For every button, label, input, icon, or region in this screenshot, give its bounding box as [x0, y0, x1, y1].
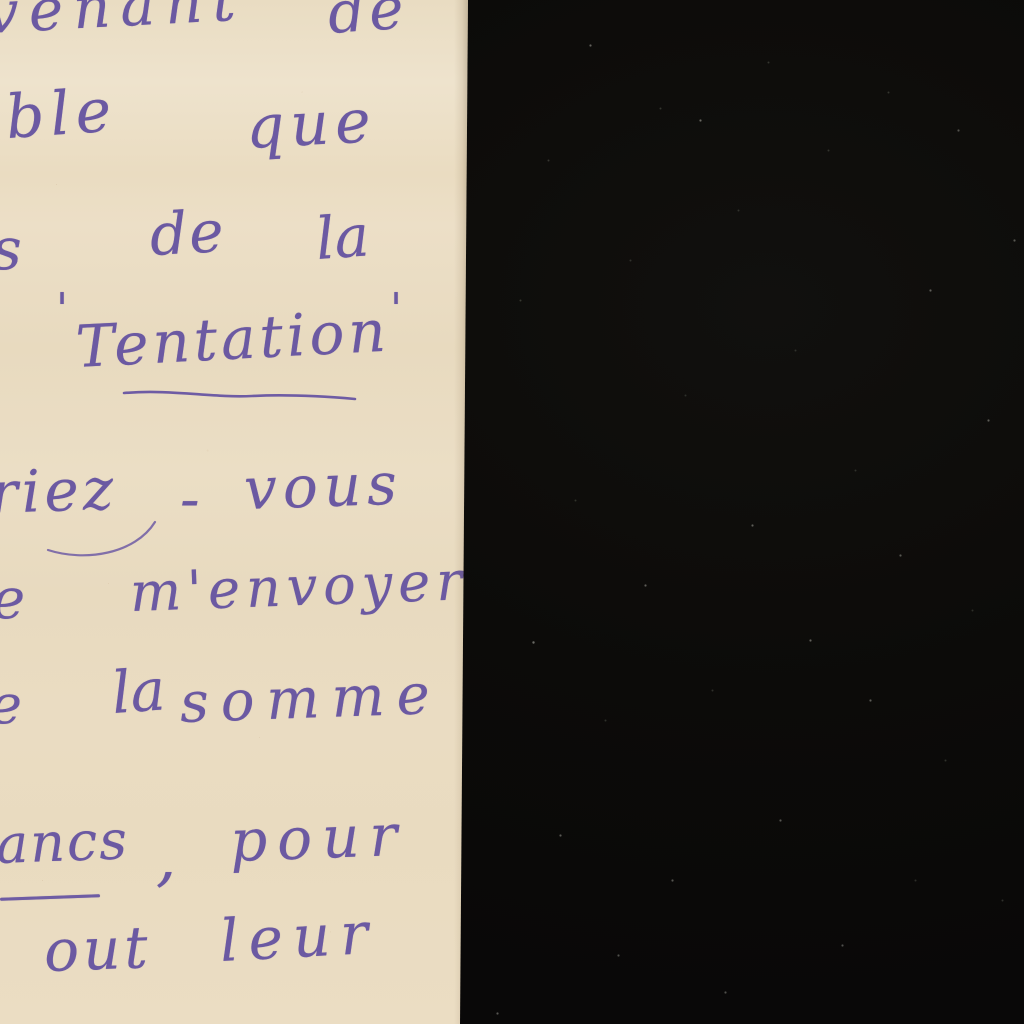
- tentation-underline: [122, 386, 358, 402]
- letter-paper: venant de ble que s de la ' Tentation ' …: [0, 0, 472, 1024]
- handwriting-word: la: [110, 660, 167, 722]
- quote-mark: ': [390, 288, 402, 332]
- handwriting-word: out: [43, 918, 153, 980]
- handwriting-word: riez: [0, 460, 118, 522]
- photo-of-handwritten-letter: venant de ble que s de la ' Tentation ' …: [0, 0, 1024, 1024]
- handwriting-word: de: [148, 202, 226, 264]
- handwriting-word: que: [244, 91, 378, 158]
- handwriting-word: e: [0, 678, 22, 732]
- flourish-stroke: [40, 520, 160, 564]
- handwriting-word: m'envoyer,: [129, 554, 486, 620]
- handwriting-word: vous: [243, 454, 404, 518]
- handwriting-word: ble: [4, 80, 119, 148]
- handwriting-word: de: [326, 0, 409, 42]
- handwriting-word: ancs: [0, 813, 130, 872]
- comma-mark: ,: [156, 826, 176, 890]
- hyphen-stroke: -: [180, 470, 200, 528]
- handwriting-word: pour: [229, 806, 408, 870]
- handwriting-word: la: [314, 206, 371, 268]
- handwriting-word: leur: [218, 904, 379, 970]
- handwriting-word: e: [0, 572, 25, 628]
- handwriting-word: s: [0, 220, 22, 278]
- handwriting-word-tentation: Tentation: [74, 302, 390, 376]
- quote-mark: ': [56, 288, 68, 332]
- handwriting-word: somme: [179, 667, 443, 732]
